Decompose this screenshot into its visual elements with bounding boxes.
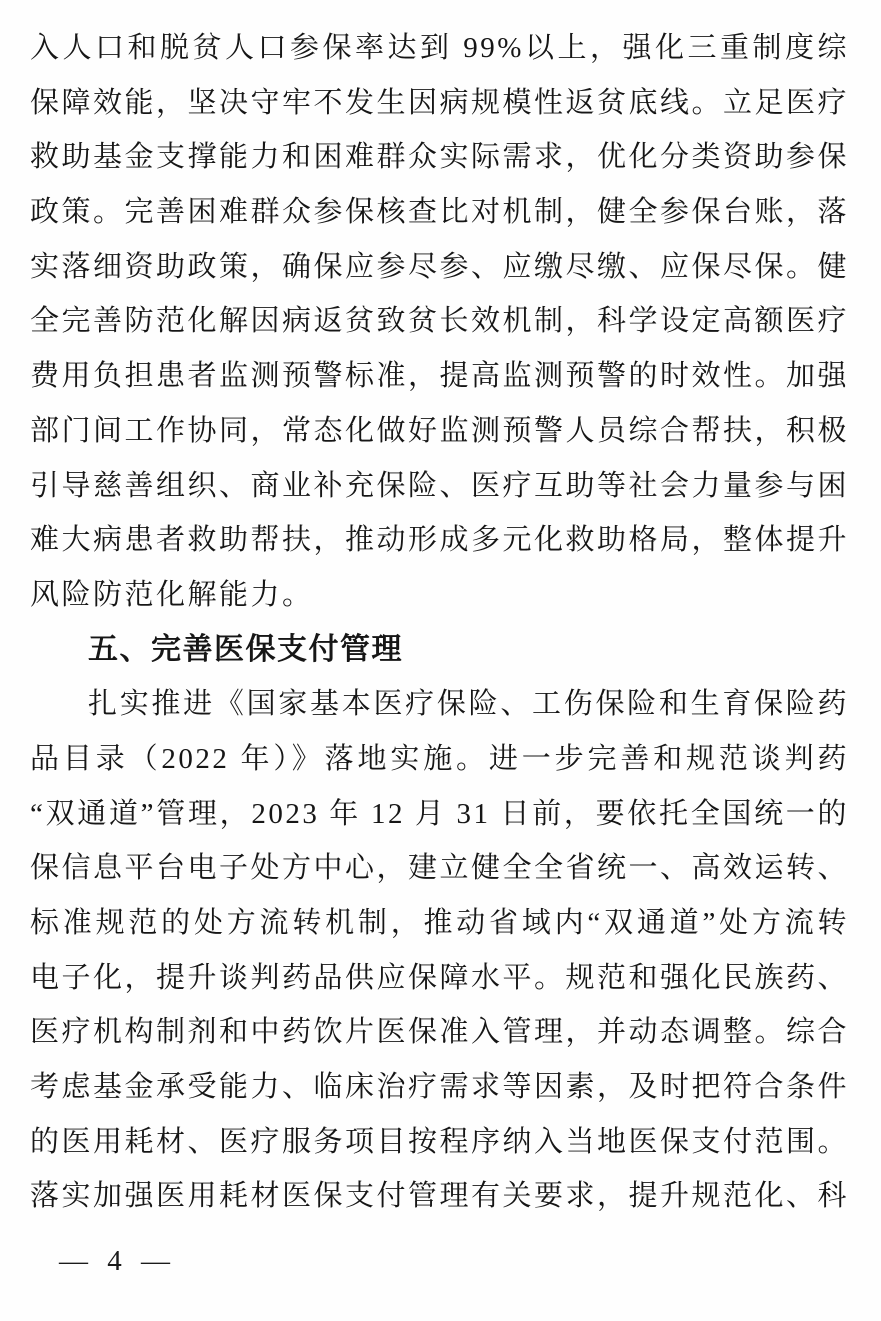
body-line: 落实加强医用耗材医保支付管理有关要求，提升规范化、科 [30,1169,849,1224]
body-line: 考虑基金承受能力、临床治疗需求等因素，及时把符合条件 [30,1060,849,1115]
body-line: 风险防范化解能力。 [30,568,849,623]
body-line: 政策。完善困难群众参保核查比对机制，健全参保台账，落 [30,185,849,240]
body-line: 品目录（2022 年）》落地实施。进一步完善和规范谈判药品 [30,732,849,787]
section-heading: 五、完善医保支付管理 [30,623,849,678]
page-number: — 4 — [30,1245,849,1277]
body-line: 保障效能，坚决守牢不发生因病规模性返贫底线。立足医疗 [30,76,849,131]
body-line: 标准规范的处方流转机制，推动省域内“双通道”处方流转 [30,896,849,951]
body-line: 实落细资助政策，确保应参尽参、应缴尽缴、应保尽保。健 [30,240,849,295]
body-line: 引导慈善组织、商业补充保险、医疗互助等社会力量参与困 [30,459,849,514]
paragraph-1: 入人口和脱贫人口参保率达到 99%以上，强化三重制度综合 保障效能，坚决守牢不发… [30,21,849,623]
body-line: 保信息平台电子处方中心，建立健全全省统一、高效运转、 [30,841,849,896]
paragraph-2: 扎实推进《国家基本医疗保险、工伤保险和生育保险药 品目录（2022 年）》落地实… [30,677,849,1224]
body-line: 医疗机构制剂和中药饮片医保准入管理，并动态调整。综合 [30,1005,849,1060]
body-line: 全完善防范化解因病返贫致贫长效机制，科学设定高额医疗 [30,294,849,349]
body-line: 费用负担患者监测预警标准，提高监测预警的时效性。加强 [30,349,849,404]
body-line: 入人口和脱贫人口参保率达到 99%以上，强化三重制度综合 [30,21,849,76]
body-line: 救助基金支撑能力和困难群众实际需求，优化分类资助参保 [30,130,849,185]
body-line: 的医用耗材、医疗服务项目按程序纳入当地医保支付范围。 [30,1115,849,1170]
body-line: 难大病患者救助帮扶，推动形成多元化救助格局，整体提升 [30,513,849,568]
body-line: 扎实推进《国家基本医疗保险、工伤保险和生育保险药 [30,677,849,732]
body-line: “双通道”管理，2023 年 12 月 31 日前，要依托全国统一的医 [30,787,849,842]
body-line: 部门间工作协同，常态化做好监测预警人员综合帮扶，积极 [30,404,849,459]
body-line: 电子化，提升谈判药品供应保障水平。规范和强化民族药、 [30,951,849,1006]
document-page: 入人口和脱贫人口参保率达到 99%以上，强化三重制度综合 保障效能，坚决守牢不发… [0,0,881,1321]
